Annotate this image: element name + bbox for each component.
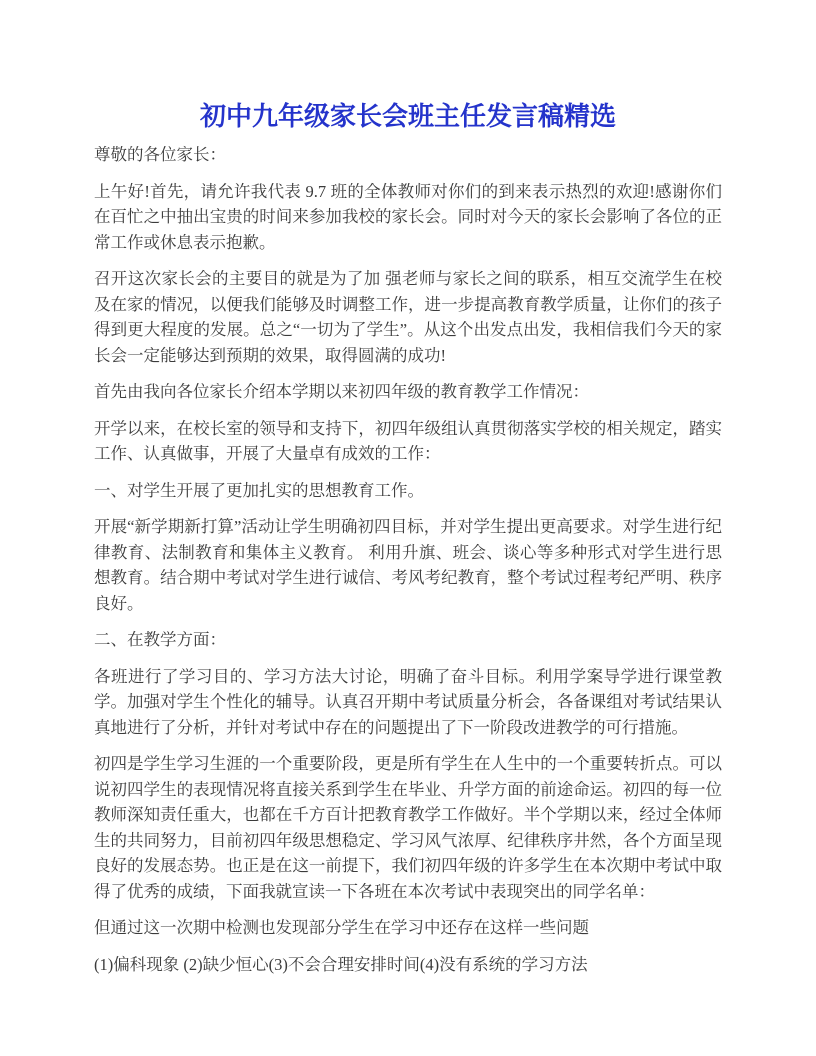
paragraph-section-two-detail: 各班进行了学习目的、学习方法大讨论，明确了奋斗目标。利用学案导学进行课堂教学。加… xyxy=(94,664,722,741)
paragraph-semester-overview: 开学以来，在校长室的领导和支持下，初四年级组认真贯彻落实学校的相关规定，踏实工作… xyxy=(94,416,722,467)
paragraph-section-one-detail: 开展“新学期新打算”活动让学生明确初四目标，并对学生提出更高要求。对学生进行纪律… xyxy=(94,514,722,616)
paragraph-salutation: 尊敬的各位家长： xyxy=(94,142,722,168)
paragraph-section-one-heading: 一、对学生开展了更加扎实的思想教育工作。 xyxy=(94,478,722,504)
paragraph-problems-list: (1)偏科现象 (2)缺少恒心(3)不会合理安排时间(4)没有系统的学习方法 xyxy=(94,952,722,978)
paragraph-greeting: 上午好!首先，请允许我代表 9.7 班的全体教师对你们的到来表示热烈的欢迎!感谢… xyxy=(94,179,722,256)
paragraph-meeting-purpose: 召开这次家长会的主要目的就是为了加 强老师与家长之间的联系，相互交流学生在校及在… xyxy=(94,266,722,368)
document-page: 初中九年级家长会班主任发言稿精选 尊敬的各位家长： 上午好!首先，请允许我代表 … xyxy=(0,0,816,1056)
paragraph-problems-intro: 但通过这一次期中检测也发现部分学生在学习中还存在这样一些问题 xyxy=(94,915,722,941)
paragraph-section-two-heading: 二、在教学方面： xyxy=(94,627,722,653)
document-title: 初中九年级家长会班主任发言稿精选 xyxy=(94,100,722,134)
paragraph-grade-importance: 初四是学生学习生涯的一个重要阶段，更是所有学生在人生中的一个重要转折点。可以说初… xyxy=(94,751,722,904)
paragraph-intro-line: 首先由我向各位家长介绍本学期以来初四年级的教育教学工作情况： xyxy=(94,379,722,405)
document-body: 尊敬的各位家长： 上午好!首先，请允许我代表 9.7 班的全体教师对你们的到来表… xyxy=(94,142,722,977)
